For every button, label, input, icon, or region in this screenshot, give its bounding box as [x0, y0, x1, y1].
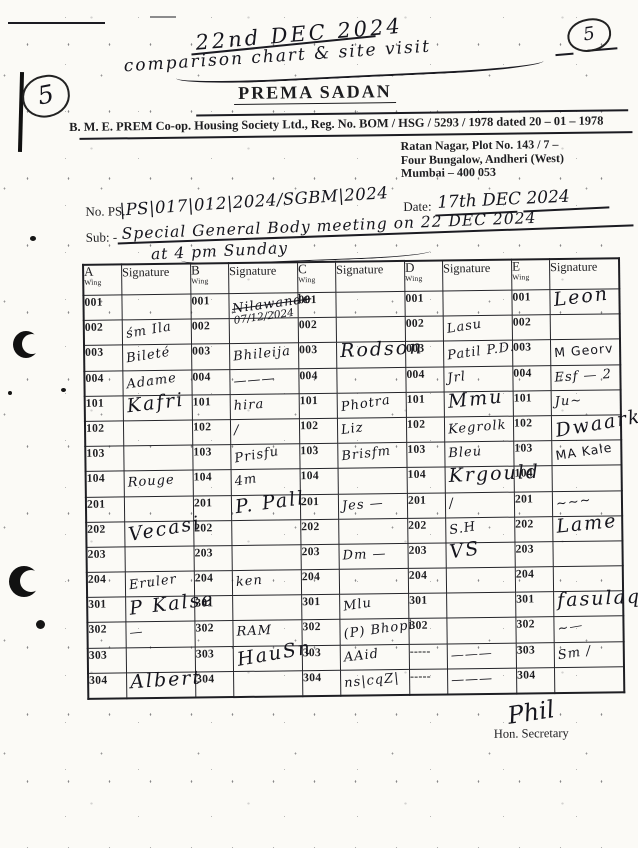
- signature-cell: /: [230, 419, 299, 445]
- signature-cell: /: [445, 492, 514, 518]
- wing-flat-number: 003: [512, 340, 550, 366]
- signature-cell: Photra: [337, 392, 406, 418]
- wing-flat-number: 004: [513, 365, 551, 391]
- signature-cell: Bileté: [123, 344, 192, 370]
- wing-flat-number: 101: [406, 392, 444, 418]
- signature-cell: fasulaq: [554, 591, 624, 617]
- signature-column-header: Signature: [443, 260, 512, 291]
- signature-cell: (P) Bhopi: [340, 619, 409, 645]
- attendance-table-body: 001001Nilawande07/12/2024001001001Leon00…: [83, 289, 624, 699]
- wing-flat-number: 203: [194, 545, 232, 571]
- wing-flat-number: 101: [299, 393, 337, 419]
- wing-flat-number: 102: [406, 417, 444, 443]
- signature-scribble: Bhileija: [233, 344, 292, 365]
- wing-flat-number: 104: [86, 471, 125, 497]
- signature-scribble: AAid: [343, 646, 380, 665]
- attendance-signature-table: AWingSignatureBWingSignatureCWingSignatu…: [82, 257, 625, 700]
- signature-cell: [338, 468, 407, 494]
- signature-cell: ns|cqZ|: [341, 669, 410, 696]
- wing-flat-number: 003: [299, 343, 337, 369]
- wing-header-b: BWing: [191, 263, 229, 294]
- wing-flat-number: 103: [85, 446, 124, 472]
- wing-flat-number: 201: [514, 491, 552, 517]
- signature-scribble: ~—: [556, 618, 584, 637]
- signature-column-header: Signature: [122, 264, 191, 295]
- wing-flat-number: 004: [84, 370, 123, 396]
- signature-scribble: Adame: [126, 370, 178, 392]
- signature-cell: ———: [447, 643, 516, 669]
- wing-flat-number: -----: [410, 669, 448, 695]
- wing-sublabel: Wing: [298, 274, 335, 285]
- wing-flat-number: 302: [87, 622, 126, 648]
- signature-cell: [125, 546, 194, 572]
- signature-cell: Leon: [550, 289, 620, 315]
- signature-scribble: S.H: [448, 519, 477, 538]
- signature-scribble: Eruler: [128, 572, 178, 593]
- wing-flat-number: 203: [515, 542, 553, 568]
- table-row-flat-304: 304Albert304304ns|cqZ|-----———304: [88, 667, 624, 699]
- handwritten-dash: [555, 53, 573, 56]
- wing-flat-number: 102: [513, 416, 551, 442]
- wing-flat-number: 302: [516, 617, 554, 643]
- signature-cell: P. Pall: [231, 494, 300, 520]
- signature-scribble: Mmu: [447, 385, 505, 412]
- signature-cell: —: [126, 621, 195, 647]
- signature-scribble: Jes —: [341, 495, 384, 513]
- signature-cell: Mlu: [340, 594, 409, 620]
- signature-cell: [552, 465, 622, 491]
- signature-scribble: ken: [235, 573, 263, 590]
- address-block: Ratan Nagar, Plot No. 143 / 7 – Four Bun…: [401, 138, 565, 181]
- wing-flat-number: 302: [195, 621, 233, 647]
- wing-flat-number: 001: [191, 294, 229, 320]
- wing-flat-number: 301: [516, 592, 554, 618]
- signature-cell: Vecasi: [125, 521, 194, 547]
- wing-sublabel: Wing: [512, 271, 549, 282]
- signature-scribble: fasulaq: [557, 586, 638, 612]
- wing-flat-number: -----: [409, 644, 447, 670]
- signature-cell: Mmu: [444, 391, 513, 417]
- signature-cell: MA Kale: [552, 440, 622, 466]
- wing-header-c: CWing: [298, 262, 336, 293]
- signature-cell: Dm —: [339, 543, 408, 569]
- wing-flat-number: 101: [192, 394, 230, 420]
- signature-cell: Nilawande07/12/2024: [229, 293, 298, 319]
- wing-flat-number: 202: [408, 518, 446, 544]
- wing-flat-number: 203: [408, 543, 446, 569]
- signature-scribble: VS: [448, 537, 481, 563]
- wing-flat-number: 102: [299, 418, 337, 444]
- signature-cell: Bhileija: [230, 343, 299, 369]
- wing-header-a: AWing: [83, 264, 122, 295]
- wing-flat-number: 204: [408, 568, 446, 594]
- signature-scribble: Sm /: [557, 643, 593, 663]
- signature-scribble: Bileté: [125, 345, 171, 367]
- signature-cell: Rouge: [124, 470, 193, 496]
- signature-scribble: RAM: [236, 623, 272, 640]
- signature-cell: Albert: [127, 672, 196, 699]
- subject-label: Sub: -: [86, 229, 118, 245]
- signature-cell: [339, 568, 408, 594]
- signature-cell: Kegrolk: [444, 416, 513, 442]
- signature-scribble: ———: [450, 645, 493, 663]
- page-number-text: 5: [582, 23, 596, 45]
- signature-scribble: Bleu: [448, 444, 483, 461]
- wing-flat-number: 001: [83, 295, 122, 321]
- wing-header-e: EWing: [512, 259, 550, 290]
- signature-column-header: Signature: [336, 261, 405, 292]
- wing-sublabel: Wing: [84, 276, 121, 287]
- signature-cell: Sm /: [554, 641, 624, 667]
- signature-scribble: Lasu: [446, 317, 483, 337]
- signature-cell: Krgould: [445, 466, 514, 492]
- signature-scribble: MA Kale: [555, 440, 614, 463]
- wing-header-d: DWing: [405, 260, 443, 291]
- wing-flat-number: 201: [86, 496, 125, 522]
- ref-no-handwritten-value: |PS|017|012|2024/SGBM|2024: [119, 183, 389, 219]
- wing-flat-number: 202: [86, 522, 125, 548]
- wing-flat-number: 002: [512, 315, 550, 341]
- signature-cell: śm Ila: [122, 319, 191, 345]
- signature-cell: [336, 291, 405, 317]
- wing-sublabel: Wing: [405, 272, 442, 283]
- signature-cell: Patil P.D.: [443, 341, 512, 367]
- wing-flat-number: 304: [303, 670, 341, 696]
- signature-scribble: /: [234, 423, 240, 438]
- signature-scribble: Rouge: [127, 473, 175, 491]
- wing-flat-number: 302: [409, 618, 447, 644]
- signature-cell: HauSn: [233, 645, 302, 671]
- signature-cell: [337, 367, 406, 393]
- signature-cell: [446, 567, 515, 593]
- signature-scribble: Ju~: [554, 393, 582, 409]
- signature-cell: [232, 519, 301, 545]
- signature-cell: Esf — 2: [551, 364, 621, 390]
- signature-scribble: 4m: [234, 472, 259, 490]
- wing-flat-number: 002: [298, 317, 336, 343]
- wing-flat-number: 004: [299, 368, 337, 394]
- signature-cell: hira: [230, 393, 299, 419]
- wing-flat-number: 104: [300, 469, 338, 495]
- signature-scribble: (P) Bhopi: [343, 618, 415, 642]
- signature-scribble: Prisfu: [233, 444, 280, 466]
- wing-flat-number: 201: [407, 492, 445, 518]
- wing-flat-number: 202: [301, 519, 339, 545]
- wing-flat-number: 301: [87, 597, 126, 623]
- wing-flat-number: 303: [88, 647, 127, 673]
- wing-flat-number: 204: [301, 569, 339, 595]
- signature-cell: [553, 541, 623, 567]
- signature-scribble: ns|cqZ|: [344, 670, 401, 690]
- signature-scribble: Kegrolk: [448, 418, 508, 438]
- wing-flat-number: 203: [301, 544, 339, 570]
- wing-flat-number: 103: [300, 443, 338, 469]
- wing-flat-number: 304: [88, 673, 127, 699]
- wing-flat-number: 103: [407, 442, 445, 468]
- signature-scribble: Esf — 2: [554, 366, 612, 385]
- signature-cell: Lame: [553, 515, 623, 541]
- signature-cell: ———: [230, 368, 299, 394]
- signature-scribble: ~~~: [555, 492, 592, 511]
- signature-scribble: —: [129, 625, 144, 641]
- wing-flat-number: 202: [515, 516, 553, 542]
- signature-cell: [122, 294, 191, 320]
- page-title: PREMA SADAN: [0, 78, 634, 107]
- signature-cell: Kafri: [123, 395, 192, 421]
- wing-flat-number: 103: [193, 445, 231, 471]
- wing-flat-number: 104: [193, 470, 231, 496]
- signature-cell: Lasu: [443, 315, 512, 341]
- wing-flat-number: 101: [85, 396, 124, 422]
- signature-cell: Brisfm: [338, 443, 407, 469]
- signature-cell: [339, 518, 408, 544]
- wing-flat-number: 001: [405, 291, 443, 317]
- signature-cell: Liz: [337, 417, 406, 443]
- signature-scribble: Brisfm: [341, 444, 392, 465]
- signature-cell: [123, 420, 192, 446]
- wing-flat-number: 002: [84, 320, 123, 346]
- signature-cell: [124, 445, 193, 471]
- signature-scribble: M Georv: [554, 341, 614, 361]
- document-content: 22nd DEC 2024 comparison chart & site vi…: [0, 0, 638, 848]
- signature-scribble: Rodson: [340, 337, 424, 363]
- signature-cell: [234, 671, 303, 698]
- signature-cell: Dwaarka: [551, 415, 621, 441]
- wing-flat-number: 004: [192, 369, 230, 395]
- signature-scribble: Liz: [340, 420, 364, 438]
- signature-scribble: Jrl: [447, 369, 467, 386]
- wing-flat-number: 304: [516, 667, 554, 693]
- signature-cell: [447, 592, 516, 618]
- signature-cell: ———: [447, 668, 516, 695]
- signature-cell: Rodson: [337, 342, 406, 368]
- secretary-label: Hon. Secretary: [494, 726, 569, 742]
- wing-flat-number: 303: [516, 642, 554, 668]
- wing-flat-number: 003: [192, 344, 230, 370]
- signature-scribble: śm Ila: [125, 319, 173, 342]
- signature-cell: Jes —: [338, 493, 407, 519]
- signature-cell: VS: [446, 542, 515, 568]
- wing-flat-number: 101: [513, 390, 551, 416]
- wing-flat-number: 001: [512, 290, 550, 316]
- signature-scribble: Albert: [129, 666, 202, 693]
- signature-scribble: Mlu: [342, 596, 373, 615]
- signature-cell: M Georv: [550, 339, 620, 365]
- wing-flat-number: 204: [515, 567, 553, 593]
- wing-flat-number: 204: [87, 572, 126, 598]
- wing-flat-number: 104: [407, 467, 445, 493]
- signature-cell: [233, 595, 302, 621]
- wing-flat-number: 301: [302, 595, 340, 621]
- signature-cell: AAid: [340, 644, 409, 670]
- wing-flat-number: 004: [406, 367, 444, 393]
- signature-scribble: ———: [233, 371, 276, 389]
- signature-cell: ~—: [554, 616, 624, 642]
- signature-cell: S.H: [446, 517, 515, 543]
- signature-scribble: ———: [451, 671, 494, 688]
- signature-scribble: Patil P.D.: [446, 340, 515, 364]
- signature-cell: [550, 314, 620, 340]
- signature-scribble: hira: [233, 397, 264, 414]
- wing-flat-number: 102: [85, 421, 124, 447]
- signature-cell: P Kalse: [126, 596, 195, 622]
- signature-scribble: Dm —: [342, 546, 387, 563]
- signature-cell: Prisfu: [231, 444, 300, 470]
- wing-sublabel: Wing: [191, 275, 228, 286]
- scanned-page: 22nd DEC 2024 comparison chart & site vi…: [0, 0, 638, 848]
- wing-flat-number: 203: [86, 547, 125, 573]
- signature-scribble: Photra: [340, 392, 392, 414]
- wing-flat-number: 102: [192, 420, 230, 446]
- signature-cell: [232, 545, 301, 571]
- wing-flat-number: 003: [84, 345, 123, 371]
- wing-flat-number: 301: [409, 593, 447, 619]
- secretary-signature: Phil: [506, 695, 557, 730]
- signature-column-header: Signature: [229, 262, 298, 293]
- signature-cell: [447, 618, 516, 644]
- signature-cell: [443, 290, 512, 316]
- address-line: Mumbai – 400 053: [401, 165, 564, 181]
- wing-flat-number: 002: [191, 319, 229, 345]
- signature-scribble: /: [448, 496, 456, 512]
- signature-cell: ken: [232, 570, 301, 596]
- signature-cell: [554, 667, 624, 694]
